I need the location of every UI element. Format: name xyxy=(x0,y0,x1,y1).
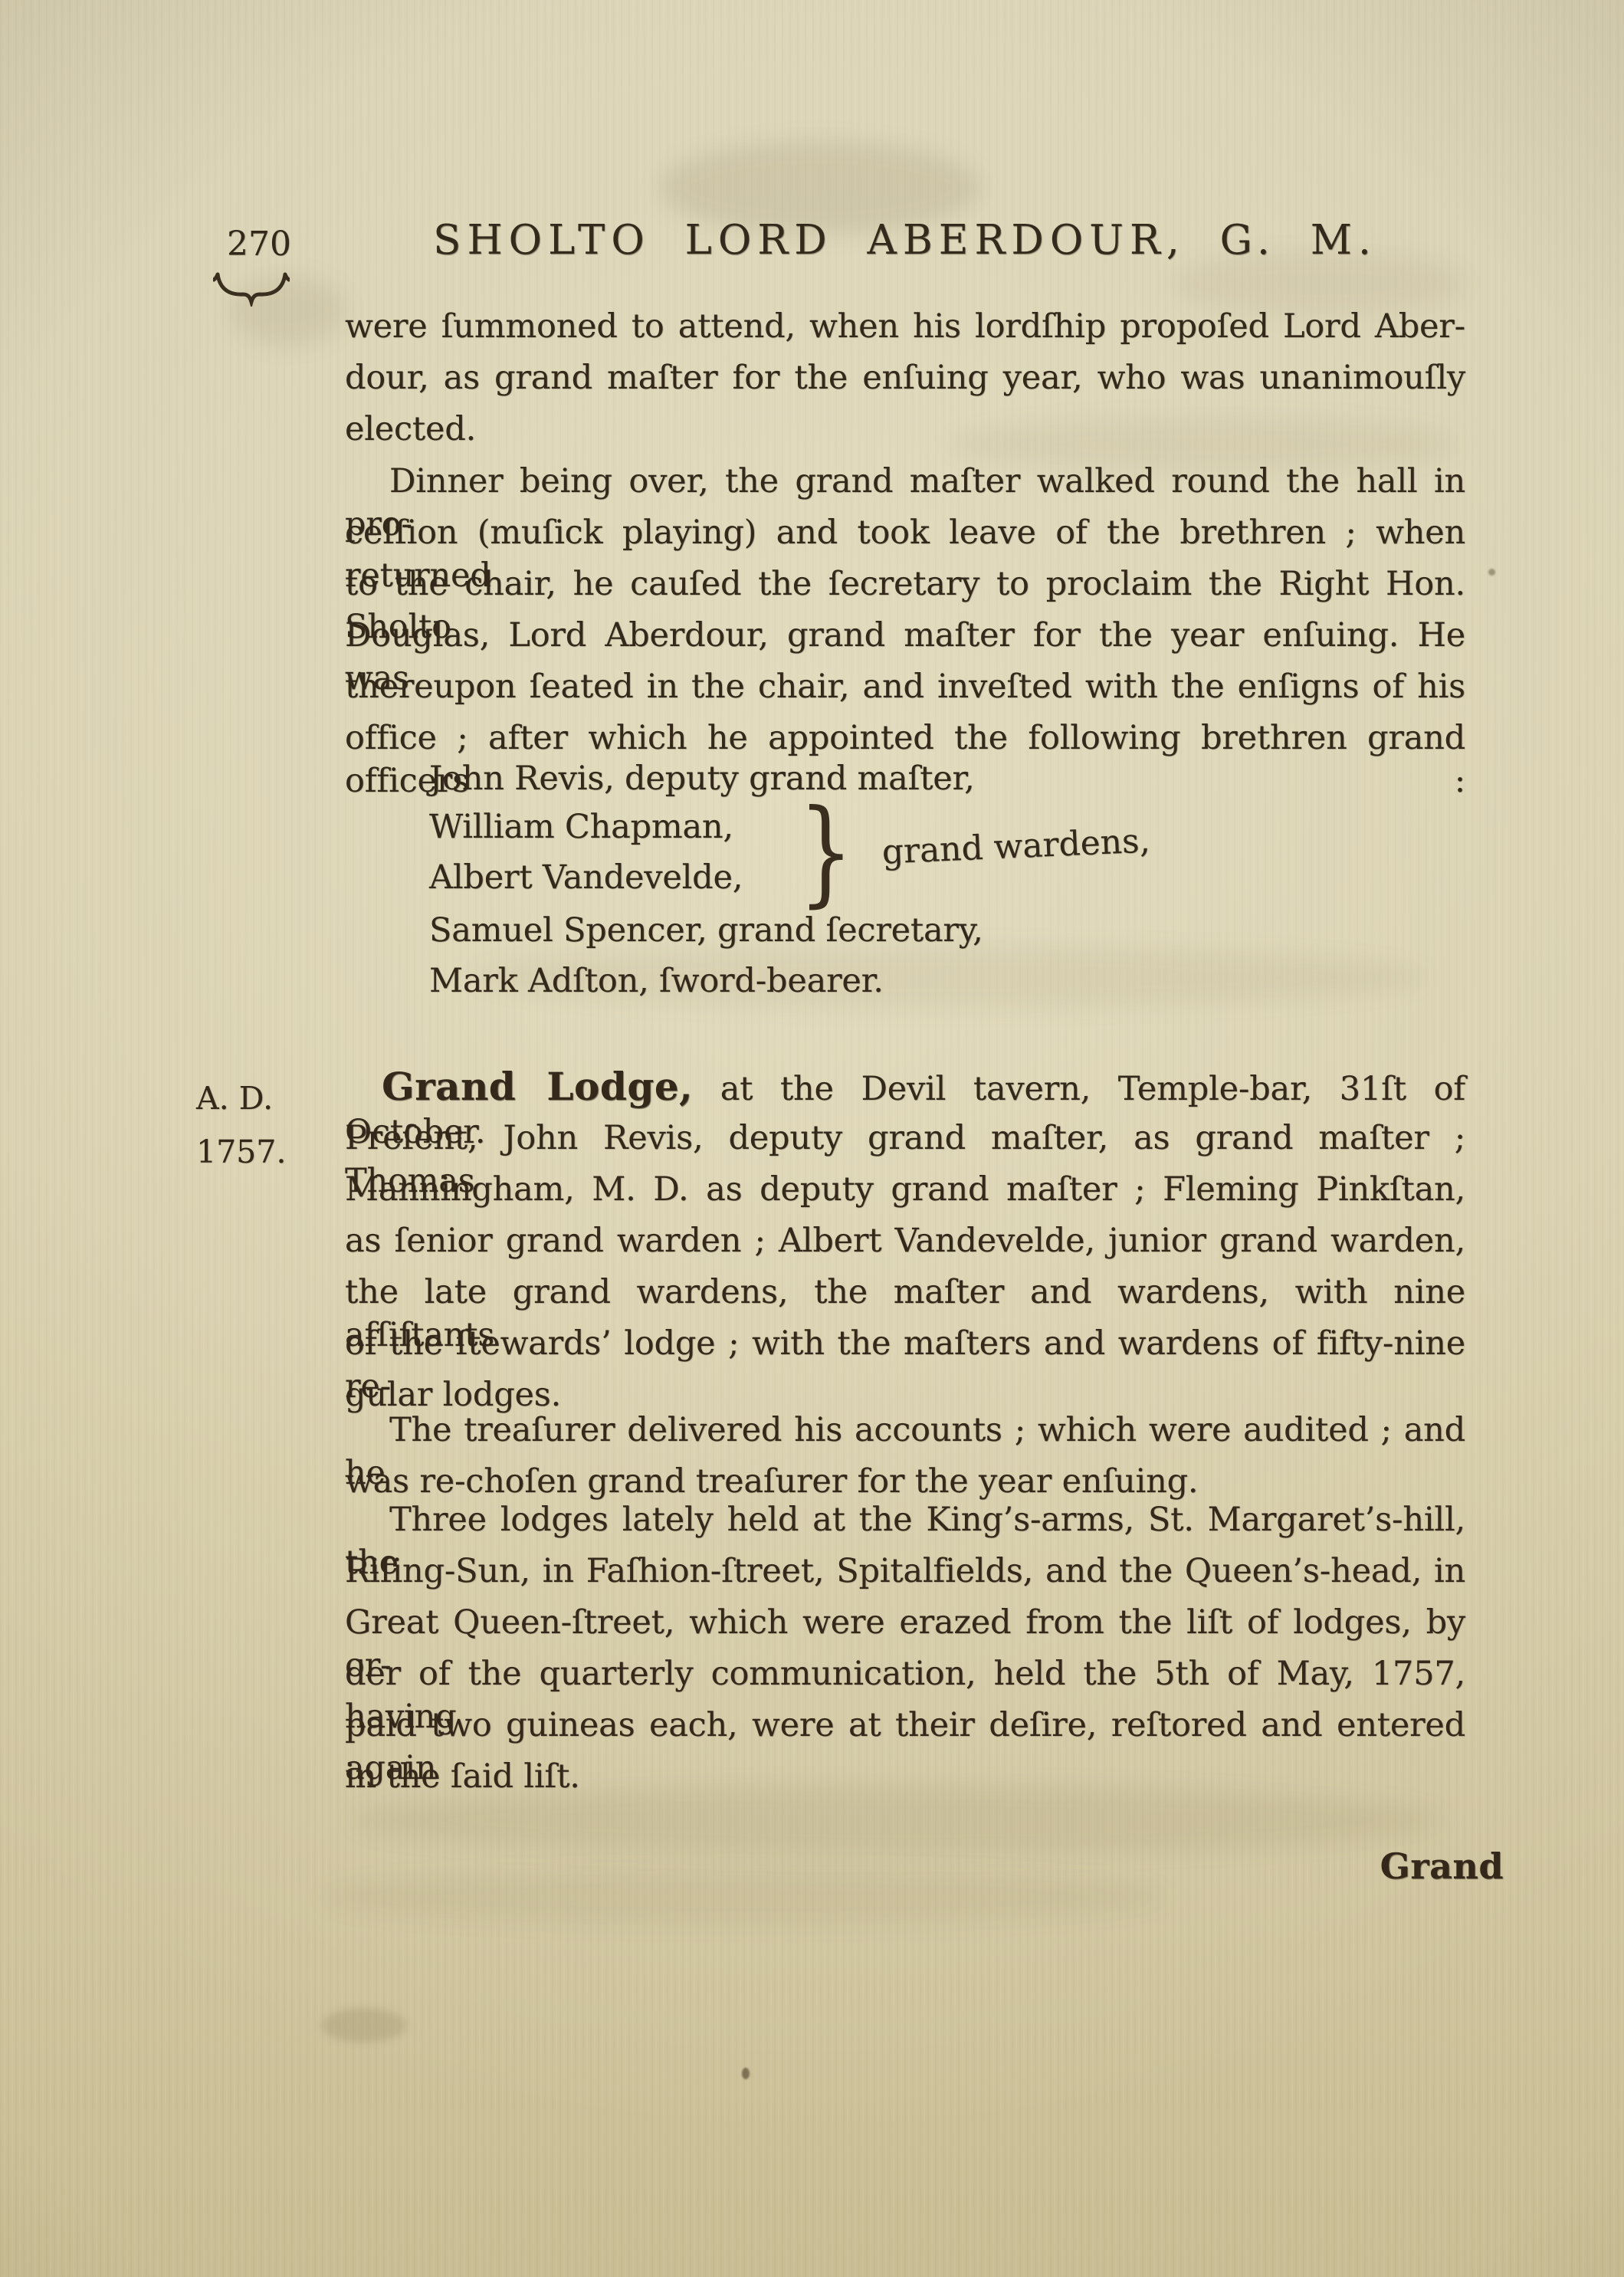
officer-list-item: Samuel Spencer, grand ſecretary, xyxy=(429,909,1465,952)
catchword: Grand xyxy=(1303,1846,1504,1887)
wardens-label: grand wardens, xyxy=(881,821,1151,871)
margin-era: A. D. xyxy=(196,1071,326,1125)
text-line: thereupon ſeated in the chair, and inveſ… xyxy=(345,665,1465,708)
blackletter-heading: Grand Lodge, xyxy=(382,1064,693,1109)
ink-fleck xyxy=(1488,569,1495,576)
officer-list-item: William Chapman, xyxy=(429,802,789,852)
text-line: dour, as grand maſter for the enſuing ye… xyxy=(345,356,1465,399)
grand-wardens-group: William Chapman, Albert Vandevelde, } gr… xyxy=(429,802,1150,903)
bleedthrough-smudge xyxy=(322,2008,406,2042)
running-header: SHOLTO LORD ABERDOUR, G. M. xyxy=(345,217,1465,264)
text-line: elected. xyxy=(345,408,1465,451)
officer-list-item: Albert Vandevelde, xyxy=(429,852,789,903)
margin-date-note: A. D. 1757. xyxy=(196,1071,326,1179)
ink-fleck xyxy=(742,2068,750,2079)
book-page: 270 SHOLTO LORD ABERDOUR, G. M. were ſum… xyxy=(0,0,1624,2277)
brace-ornament-icon xyxy=(213,270,290,310)
page-number: 270 xyxy=(227,225,291,264)
bleedthrough-smudge xyxy=(322,1870,1165,1924)
text-line: was re-choſen grand treaſurer for the ye… xyxy=(345,1460,1465,1503)
officer-list-item: John Revis, deputy grand maſter, xyxy=(429,757,1465,800)
text-line: in the ſaid liſt. xyxy=(345,1755,1465,1798)
margin-year: 1757. xyxy=(196,1125,326,1179)
text-line: were ſummoned to attend, when his lordſh… xyxy=(345,305,1465,348)
text-line: Riſing-Sun, in Faſhion-ſtreet, Spitalfie… xyxy=(345,1550,1465,1593)
officer-list-item: Mark Adſton, ſword-bearer. xyxy=(429,960,1465,1002)
text-line: Manningham, M. D. as deputy grand maſter… xyxy=(345,1168,1465,1211)
brace-glyph: } xyxy=(799,802,854,903)
text-line: as ſenior grand warden ; Albert Vandevel… xyxy=(345,1219,1465,1262)
